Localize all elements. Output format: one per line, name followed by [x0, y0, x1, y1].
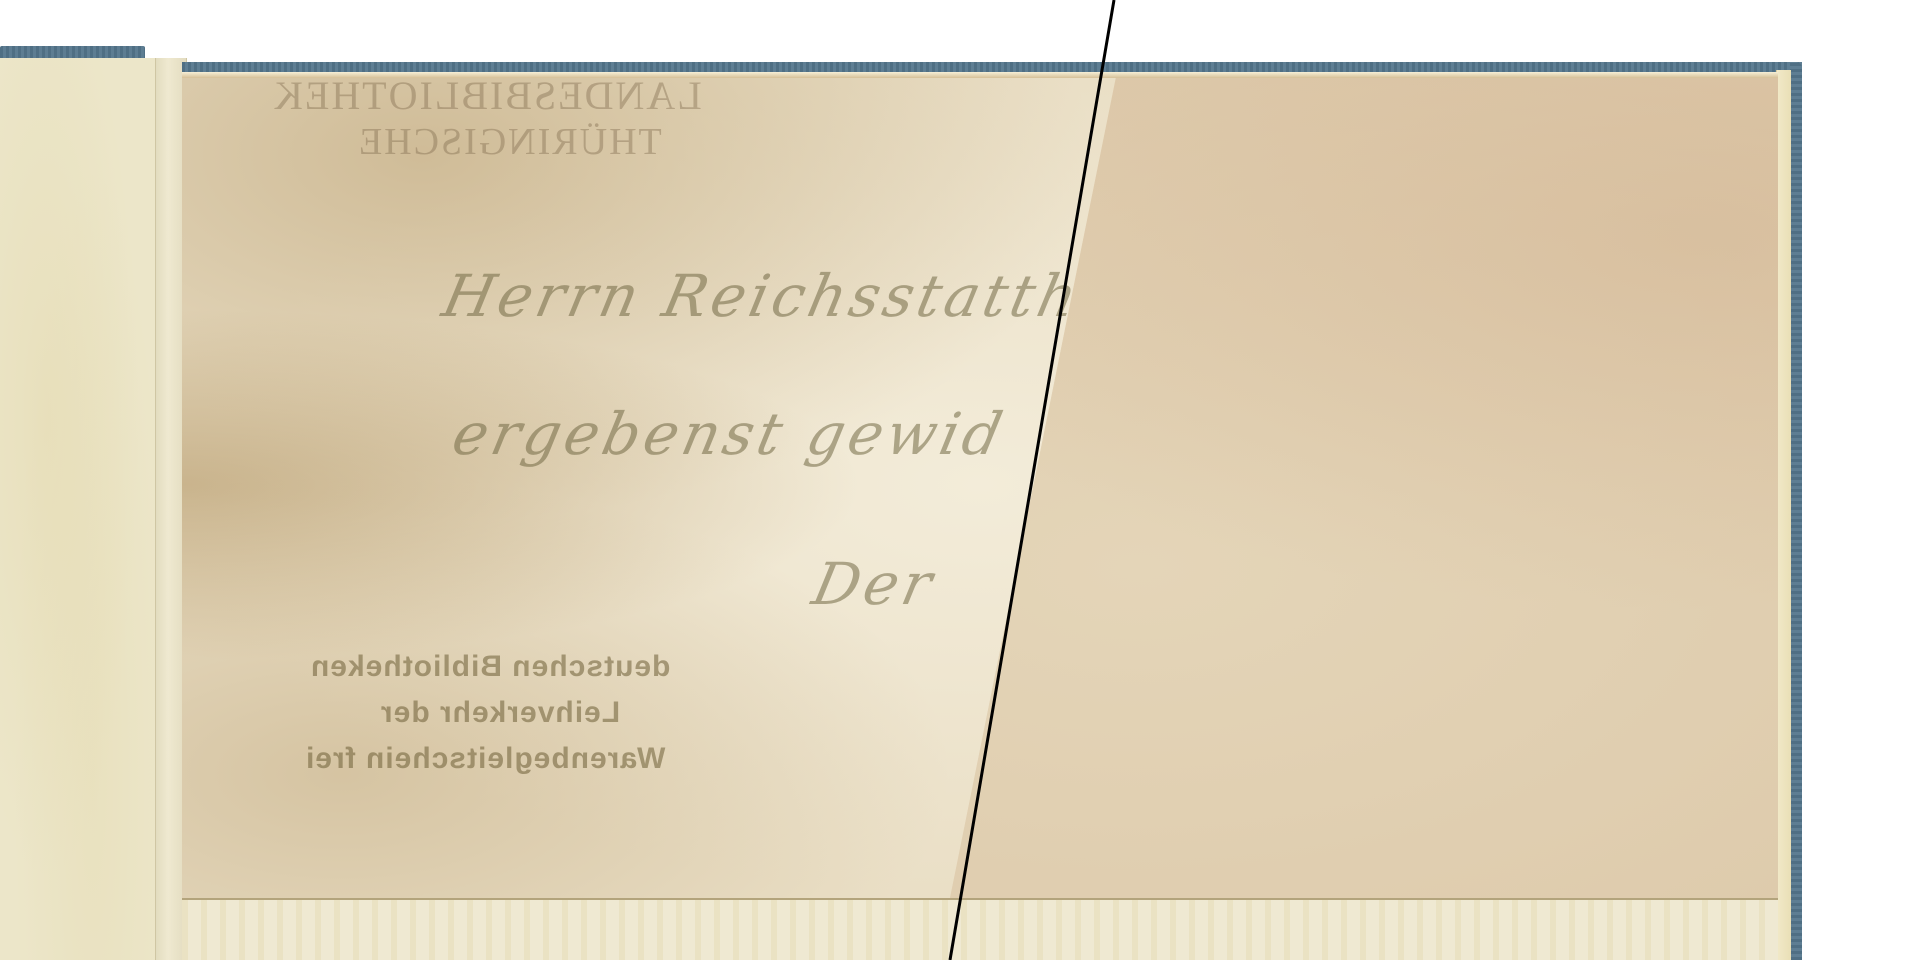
- label-text-line-3: Warenbegleitschein frei: [305, 742, 665, 776]
- lower-endpaper: [182, 898, 1778, 960]
- cover-cloth-right-edge: [1790, 62, 1802, 960]
- handwriting-line-1: Herrn Reichsstattha: [437, 262, 1126, 330]
- handwriting-line-2: ergebenst gewid: [447, 400, 1012, 468]
- book-photo: LANDESBIBLIOTHEK THÜRINGISCHE Herrn Reic…: [0, 0, 1920, 960]
- label-text-line-2: Leihverkehr der: [380, 696, 620, 730]
- stamp-text-line-2: THÜRINGISCHE: [357, 120, 662, 164]
- page-edges: [1776, 70, 1791, 960]
- left-endpaper: [0, 58, 155, 960]
- library-slip: LANDESBIBLIOTHEK THÜRINGISCHE Herrn Reic…: [182, 72, 1778, 898]
- cover-cloth-top-edge: [182, 62, 1802, 72]
- label-text-line-1: deutschen Bibliotheken: [310, 650, 670, 684]
- slip-top-edge: [182, 72, 1778, 78]
- handwriting-line-3: Der: [807, 550, 942, 618]
- stamp-text-line-1: LANDESBIBLIOTHEK: [272, 72, 702, 119]
